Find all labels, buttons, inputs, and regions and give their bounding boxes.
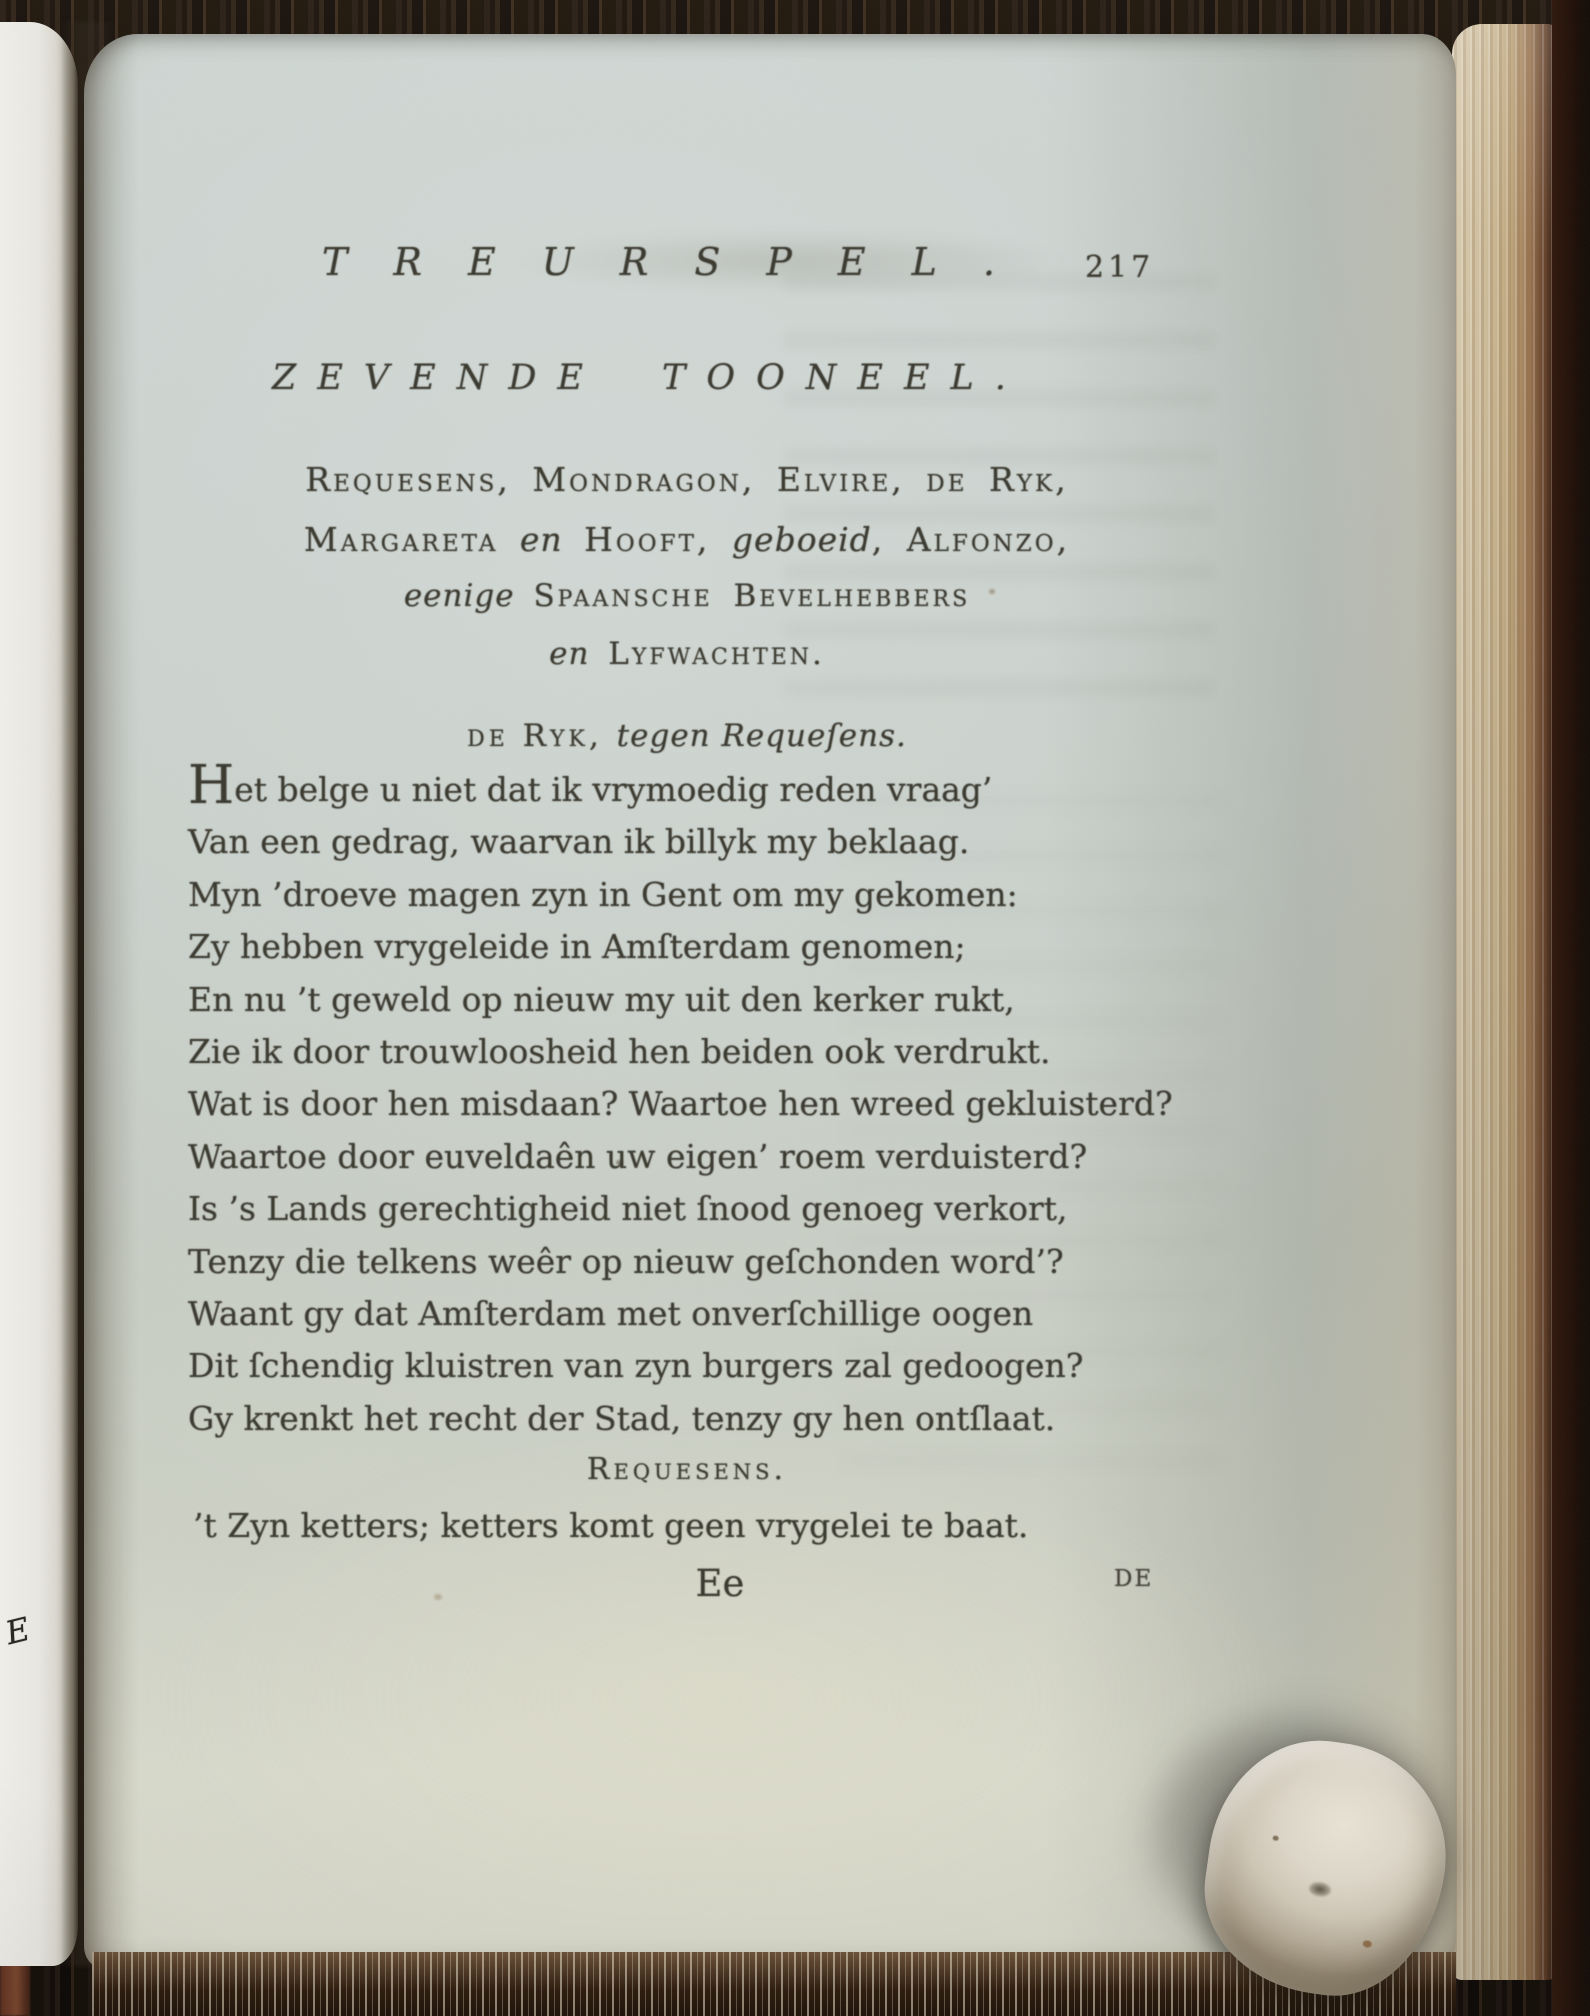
speaker-heading: Requesens.: [180, 1452, 1194, 1487]
cast-group: Spaansche Bevelhebbers: [533, 578, 970, 614]
catchword: DE: [1114, 1566, 1153, 1592]
pebble-speck: [1273, 1835, 1280, 1841]
cast-name: Margareta: [304, 520, 520, 559]
verse-line: ’t Zyn ketters; ketters komt geen vrygel…: [193, 1506, 1028, 1545]
verse-line: Tenzy die telkens weêr op nieuw geſchond…: [188, 1236, 1173, 1288]
verse-line: Van een gedrag, waarvan ik billyk my bek…: [188, 816, 1173, 868]
cast-conjunction: en: [520, 520, 563, 559]
verse-line: Waant gy dat Amſterdam met onverſchillig…: [188, 1288, 1173, 1340]
speaker-name: de Ryk,: [467, 718, 617, 754]
pebble-speck: [1363, 1939, 1373, 1947]
cast-line: Margareta en Hooft, geboeid, Alfonzo,: [180, 520, 1194, 559]
cast-stage-direction: geboeid: [732, 520, 872, 559]
cast-conjunction: en: [549, 636, 608, 672]
verse-line: Het belge u niet dat ik vrymoedig reden …: [188, 764, 1173, 816]
verse-line-text: et belge u niet dat ik vrymoedig reden v…: [234, 770, 992, 809]
signature-mark: Ee: [660, 1562, 780, 1605]
speaker-name: Requesens.: [587, 1452, 787, 1487]
verse-line: Waartoe door euveldaên uw eigen’ roem ve…: [188, 1131, 1173, 1183]
verse-block: Het belge u niet dat ik vrymoedig reden …: [188, 764, 1173, 1445]
page-number: 217: [1085, 250, 1154, 285]
cast-group: Lyfwachten.: [608, 636, 825, 672]
verse-line: Is ’s Lands gerechtigheid niet ſnood gen…: [188, 1183, 1173, 1235]
verse-line: Myn ’droeve magen zyn in Gent om my geko…: [188, 869, 1173, 921]
cast-name: Hooft,: [563, 520, 732, 559]
cast-line: eenige Spaansche Bevelhebbers: [180, 578, 1194, 614]
fore-edge-pages: [1452, 24, 1556, 1980]
cast-line: en Lyfwachten.: [180, 636, 1194, 672]
running-header-title: TREURSPEL.: [322, 240, 1041, 284]
book-board-edge: [1552, 0, 1590, 2016]
verse-line: En nu ’t geweld op nieuw my uit den kerk…: [188, 974, 1173, 1026]
verse-line: Gy krenkt het recht der Stad, tenzy gy h…: [188, 1393, 1173, 1445]
stage-direction: tegen Requeſens.: [617, 718, 907, 754]
scene-heading: ZEVENDE TOONEEL.: [272, 358, 1027, 398]
speaker-heading: de Ryk, tegen Requeſens.: [180, 718, 1194, 754]
cast-qualifier: eenige: [404, 578, 534, 614]
cast-name: , Alfonzo,: [872, 520, 1070, 559]
cast-line: Requesens, Mondragon, Elvire, de Ryk,: [180, 460, 1194, 499]
verse-line: Zy hebben vrygeleide in Amſterdam genome…: [188, 921, 1173, 973]
drop-cap: H: [188, 755, 234, 816]
verse-line: Dit ſchendig kluistren van zyn burgers z…: [188, 1340, 1173, 1392]
pebble-dimple: [1308, 1881, 1332, 1898]
verse-line: Wat is door hen misdaan? Waartoe hen wre…: [188, 1078, 1173, 1130]
verse-line: Zie ik door trouwloosheid hen beiden ook…: [188, 1026, 1173, 1078]
